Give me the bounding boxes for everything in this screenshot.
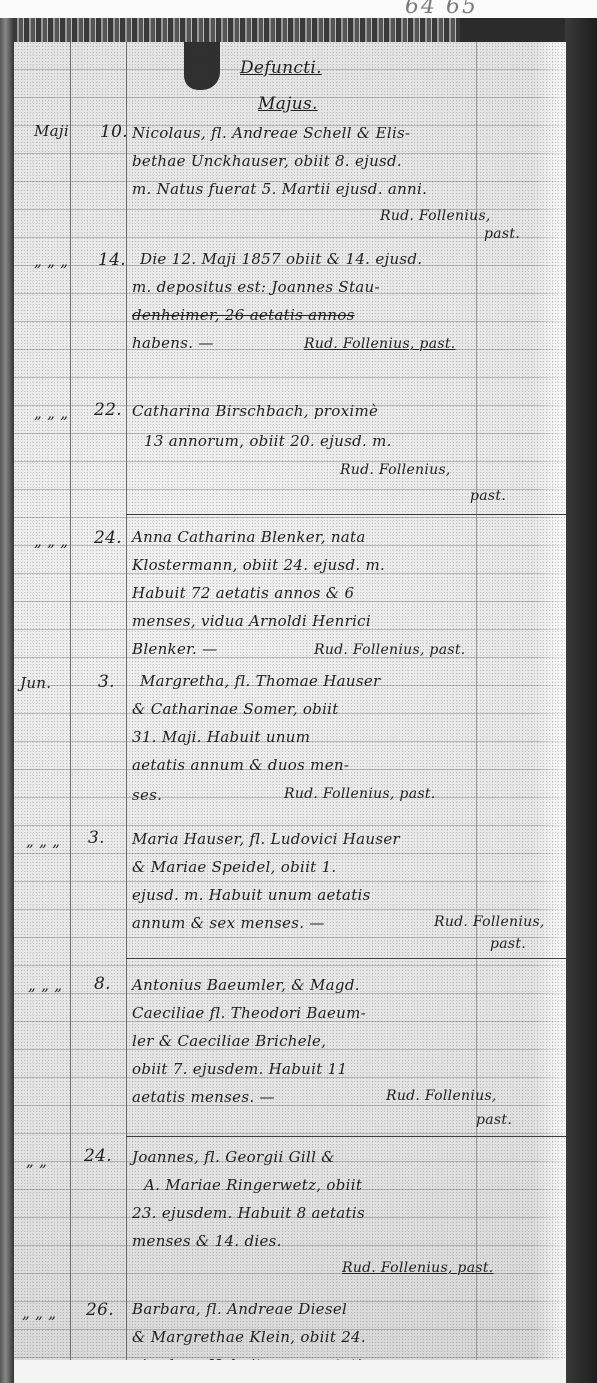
entry-day: 22. xyxy=(94,400,122,420)
entry-day: 26. xyxy=(86,1300,114,1320)
entry-line: 13 annorum, obiit 20. ejusd. m. xyxy=(144,432,392,450)
entry-line: aetatis annum & duos men- xyxy=(132,756,349,774)
entry-day: 10. xyxy=(100,122,128,142)
entry-line: Margretha, fl. Thomae Hauser xyxy=(140,672,381,690)
entry-day: 8. xyxy=(94,974,111,994)
scan-right-shadow xyxy=(565,18,597,1383)
entry-line: Caeciliae fl. Theodori Baeum- xyxy=(132,1004,366,1022)
entry-line: annum & sex menses. — xyxy=(132,914,325,932)
entry-month: „ „ „ xyxy=(34,532,68,550)
entry-signature: Rud. Follenius, xyxy=(386,1088,497,1104)
entry-month: „ „ „ xyxy=(28,976,62,994)
entry-line: habens. — xyxy=(132,334,214,352)
entry-line: m. Natus fuerat 5. Martii ejusd. anni. xyxy=(132,180,427,198)
entry-month: „ „ xyxy=(26,1152,47,1170)
entry-month: „ „ „ xyxy=(34,252,68,270)
entry-month: „ „ „ xyxy=(22,1304,56,1322)
entry-day: 3. xyxy=(98,672,115,692)
entry-divider xyxy=(126,1136,566,1137)
entry-line: & Margrethae Klein, obiit 24. xyxy=(132,1328,366,1346)
entry-line: Catharina Birschbach, proximè xyxy=(132,402,378,420)
entry-signature-title: past. xyxy=(470,488,506,504)
entry-line: Habuit 72 aetatis annos & 6 xyxy=(132,584,354,602)
entry-line: Klostermann, obiit 24. ejusd. m. xyxy=(132,556,385,574)
entry-signature-title: past. xyxy=(484,226,520,242)
entry-day: 24. xyxy=(94,528,122,548)
entry-line: menses & 14. dies. xyxy=(132,1232,282,1250)
register-heading: Defuncti. xyxy=(240,58,322,78)
entry-line: m. depositus est: Joannes Stau- xyxy=(132,278,380,296)
entry-line: Joannes, fl. Georgii Gill & xyxy=(132,1148,335,1166)
entry-month: Maji xyxy=(34,122,69,140)
day-column-rule xyxy=(126,42,127,1360)
entry-line: ler & Caeciliae Brichele, xyxy=(132,1032,326,1050)
entry-line: & Mariae Speidel, obiit 1. xyxy=(132,858,336,876)
entry-signature: Rud. Follenius, past. xyxy=(342,1260,494,1276)
entry-line: aetatis menses. — xyxy=(132,1088,275,1106)
entry-month: „ „ „ xyxy=(34,404,68,422)
entry-line: Barbara, fl. Andreae Diesel xyxy=(132,1300,347,1318)
entry-line: Maria Hauser, fl. Ludovici Hauser xyxy=(132,830,400,848)
entry-month: Jun. xyxy=(20,674,51,692)
entry-divider xyxy=(126,514,566,515)
month-column-rule xyxy=(70,42,71,1360)
entry-line: Blenker. — xyxy=(132,640,217,658)
entry-line: Anna Catharina Blenker, nata xyxy=(132,528,366,546)
entry-line: 31. Maji. Habuit unum xyxy=(132,728,310,746)
entry-line: menses, vidua Arnoldi Henrici xyxy=(132,612,371,630)
page-reference-number: 64 65 xyxy=(405,0,478,19)
entry-signature: Rud. Follenius, past. xyxy=(314,642,466,658)
book-binding-edge xyxy=(0,18,460,42)
entry-signature: Rud. Follenius, past. xyxy=(304,336,456,352)
page-edge-fade xyxy=(534,42,566,1360)
entry-day: 3. xyxy=(88,828,105,848)
margin-column-rule xyxy=(476,42,477,1360)
register-page: Defuncti. Majus. Maji 10. Nicolaus, fl. … xyxy=(14,42,566,1360)
entry-line: Antonius Baeumler, & Magd. xyxy=(132,976,360,994)
entry-line: bethae Unckhauser, obiit 8. ejusd. xyxy=(132,152,402,170)
entry-line: A. Mariae Ringerwetz, obiit xyxy=(144,1176,362,1194)
entry-line: ejusd. m. Habuit unum aetatis xyxy=(132,886,371,904)
entry-line: ses. xyxy=(132,786,162,804)
entry-month: „ „ „ xyxy=(26,832,60,850)
register-month-heading: Majus. xyxy=(258,94,318,114)
entry-line: Die 12. Maji 1857 obiit & 14. ejusd. xyxy=(140,250,422,268)
entry-day: 14. xyxy=(98,250,126,270)
entry-line: obiit 7. ejusdem. Habuit 11 xyxy=(132,1060,347,1078)
entry-divider xyxy=(126,958,566,959)
scan-bottom-margin xyxy=(14,1360,566,1383)
page-tear xyxy=(184,42,220,90)
entry-signature-title: past. xyxy=(476,1112,512,1128)
entry-signature: Rud. Follenius, xyxy=(434,914,545,930)
entry-signature: Rud. Follenius, xyxy=(340,462,451,478)
entry-line: & Catharinae Somer, obiit xyxy=(132,700,339,718)
entry-line: 23. ejusdem. Habuit 8 aetatis xyxy=(132,1204,365,1222)
entry-signature: Rud. Follenius, past. xyxy=(284,786,436,802)
scan-top-margin: 64 65 xyxy=(0,0,597,18)
entry-day: 24. xyxy=(84,1146,112,1166)
entry-line: denheimer, 26 aetatis annos xyxy=(132,306,355,324)
entry-line: Nicolaus, fl. Andreae Schell & Elis- xyxy=(132,124,410,142)
entry-signature: Rud. Follenius, xyxy=(380,208,491,224)
book-spine-edge xyxy=(0,18,14,1383)
entry-signature-title: past. xyxy=(490,936,526,952)
